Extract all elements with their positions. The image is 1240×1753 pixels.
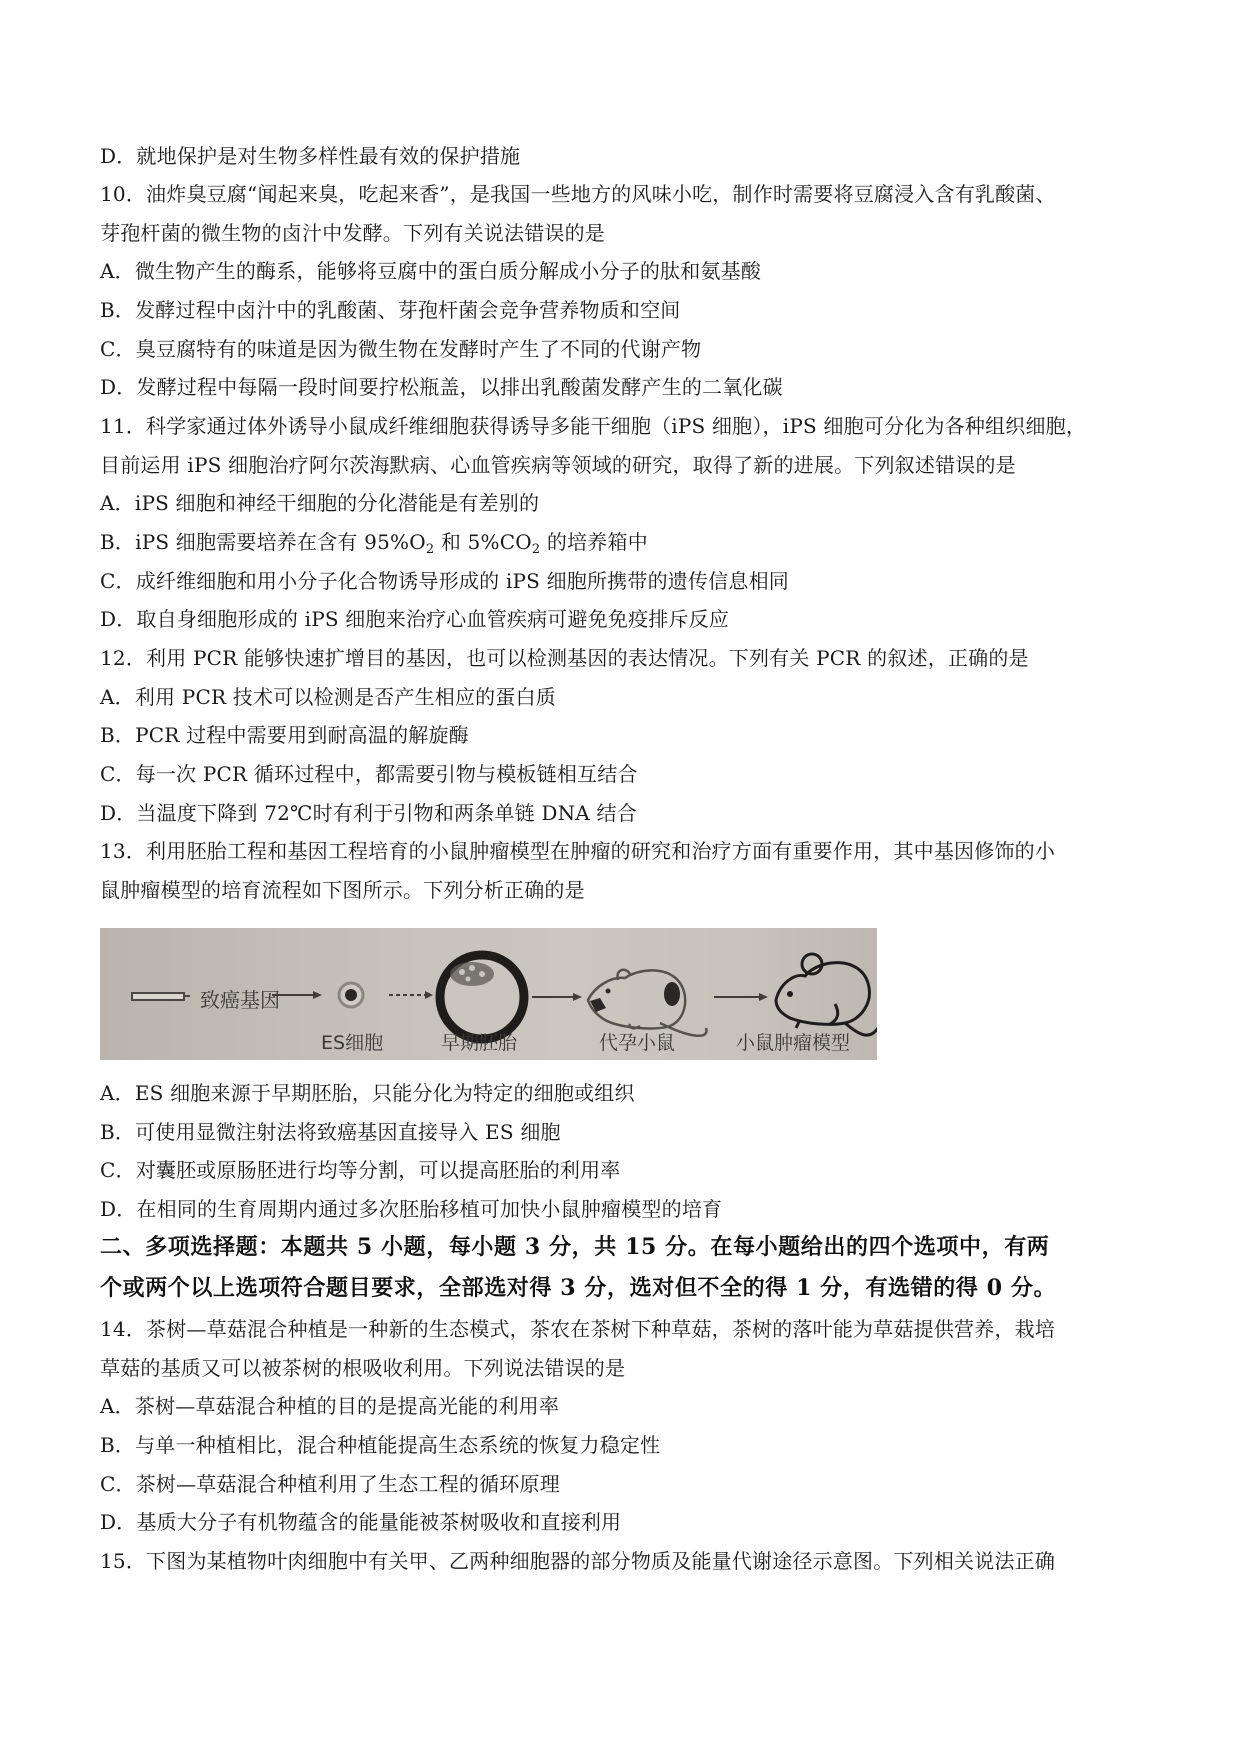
q9-option-d: D．就地保护是对生物多样性最有效的保护措施 bbox=[100, 143, 520, 169]
exam-page: D．就地保护是对生物多样性最有效的保护措施 10．油炸臭豆腐“闻起来臭，吃起来香… bbox=[0, 0, 1240, 1753]
q13-option-d: D．在相同的生育周期内通过多次胚胎移植可加快小鼠肿瘤模型的培育 bbox=[100, 1196, 722, 1222]
gene-bar-icon bbox=[132, 993, 184, 1000]
stage-label-early-embryo: 早期胚胎 bbox=[441, 1028, 517, 1055]
q11-stem-line2: 目前运用 iPS 细胞治疗阿尔茨海默病、心血管疾病等领域的研究，取得了新的进展。… bbox=[100, 452, 1016, 478]
q11-option-c: C．成纤维细胞和用小分子化合物诱导形成的 iPS 细胞所携带的遗传信息相同 bbox=[100, 568, 789, 594]
q13-stem-line2: 鼠肿瘤模型的培育流程如下图所示。下列分析正确的是 bbox=[100, 877, 585, 903]
arrow-icon bbox=[573, 993, 582, 1001]
q11-option-b: B．iPS 细胞需要培养在含有 95%O2 和 5%CO2 的培养箱中 bbox=[100, 529, 648, 555]
q10-option-c: C．臭豆腐特有的味道是因为微生物在发酵时产生了不同的代谢产物 bbox=[100, 336, 701, 362]
q13-stem-line1: 13．利用胚胎工程和基因工程培育的小鼠肿瘤模型在肿瘤的研究和治疗方面有重要作用，… bbox=[100, 838, 1055, 864]
q14-stem-line1: 14．茶树—草菇混合种植是一种新的生态模式，茶农在茶树下种草菇，茶树的落叶能为草… bbox=[100, 1316, 1055, 1342]
q12-option-b: B．PCR 过程中需要用到耐高温的解旋酶 bbox=[100, 722, 469, 748]
dashed-arrow-icon bbox=[425, 991, 433, 999]
q10-stem-line2: 芽孢杆菌的微生物的卤汁中发酵。下列有关说法错误的是 bbox=[100, 220, 605, 246]
q11-option-b-part: B．iPS 细胞需要培养在含有 95%O bbox=[100, 530, 426, 554]
q12-option-c: C．每一次 PCR 循环过程中，都需要引物与模板链相互结合 bbox=[100, 761, 638, 787]
q12-stem: 12．利用 PCR 能够快速扩增目的基因，也可以检测基因的表达情况。下列有关 P… bbox=[100, 645, 1029, 671]
stage-label-es-cell: ES细胞 bbox=[321, 1028, 383, 1055]
surrogate-mouse-icon bbox=[588, 970, 707, 1036]
q13-option-a: A．ES 细胞来源于早期胚胎，只能分化为特定的细胞或组织 bbox=[100, 1080, 635, 1106]
stage-label-tumor-model: 小鼠肿瘤模型 bbox=[736, 1028, 850, 1055]
q10-option-b: B．发酵过程中卤汁中的乳酸菌、芽孢杆菌会竞争营养物质和空间 bbox=[100, 297, 681, 323]
q14-option-b: B．与单一种植相比，混合种植能提高生态系统的恢复力稳定性 bbox=[100, 1432, 660, 1458]
q15-stem-line1: 15．下图为某植物叶肉细胞中有关甲、乙两种细胞器的部分物质及能量代谢途径示意图。… bbox=[100, 1548, 1055, 1574]
arrow-icon bbox=[759, 993, 768, 1001]
q12-option-d: D．当温度下降到 72℃时有利于引物和两条单链 DNA 结合 bbox=[100, 800, 637, 826]
q14-stem-line2: 草菇的基质又可以被茶树的根吸收利用。下列说法错误的是 bbox=[100, 1355, 625, 1381]
q11-option-b-part: 的培养箱中 bbox=[540, 530, 648, 554]
arrow-icon bbox=[313, 991, 322, 999]
q10-option-a: A．微生物产生的酶系，能够将豆腐中的蛋白质分解成小分子的肽和氨基酸 bbox=[100, 258, 761, 284]
q13-option-b: B．可使用显微注射法将致癌基因直接导入 ES 细胞 bbox=[100, 1119, 561, 1145]
q13-option-c: C．对囊胚或原肠胚进行均等分割，可以提高胚胎的利用率 bbox=[100, 1157, 621, 1183]
stage-label-surrogate-mouse: 代孕小鼠 bbox=[599, 1028, 675, 1055]
section-two-heading-line2: 个或两个以上选项符合题目要求，全部选对得 3 分，选对但不全的得 1 分，有选错… bbox=[100, 1275, 1056, 1301]
q11-option-b-part: 和 5%CO bbox=[434, 530, 532, 554]
q11-stem-line1: 11．科学家通过体外诱导小鼠成纤维细胞获得诱导多能干细胞（iPS 细胞），iPS… bbox=[100, 413, 1086, 439]
q10-stem-line1: 10．油炸臭豆腐“闻起来臭，吃起来香”，是我国一些地方的风味小吃，制作时需要将豆… bbox=[100, 181, 1056, 207]
q14-option-a: A．茶树—草菇混合种植的目的是提高光能的利用率 bbox=[100, 1393, 559, 1419]
q14-option-d: D．基质大分子有机物蕴含的能量能被茶树吸收和直接利用 bbox=[100, 1509, 621, 1535]
q12-option-a: A．利用 PCR 技术可以检测是否产生相应的蛋白质 bbox=[100, 684, 556, 710]
gene-label: 致癌基因 bbox=[200, 984, 280, 1013]
q10-option-d: D．发酵过程中每隔一段时间要拧松瓶盖，以排出乳酸菌发酵产生的二氧化碳 bbox=[100, 374, 783, 400]
mouse-tumor-model-diagram: 致癌基因 ES细胞 早期胚胎 代孕小鼠 小鼠肿瘤模型 bbox=[100, 928, 877, 1060]
q11-option-d: D．取自身细胞形成的 iPS 细胞来治疗心血管疾病可避免免疫排斥反应 bbox=[100, 606, 729, 632]
q11-option-a: A．iPS 细胞和神经干细胞的分化潜能是有差别的 bbox=[100, 490, 539, 516]
section-two-heading-line1: 二、多项选择题：本题共 5 小题，每小题 3 分，共 15 分。在每小题给出的四… bbox=[100, 1234, 1049, 1260]
q14-option-c: C．茶树—草菇混合种植利用了生态工程的循环原理 bbox=[100, 1471, 560, 1497]
